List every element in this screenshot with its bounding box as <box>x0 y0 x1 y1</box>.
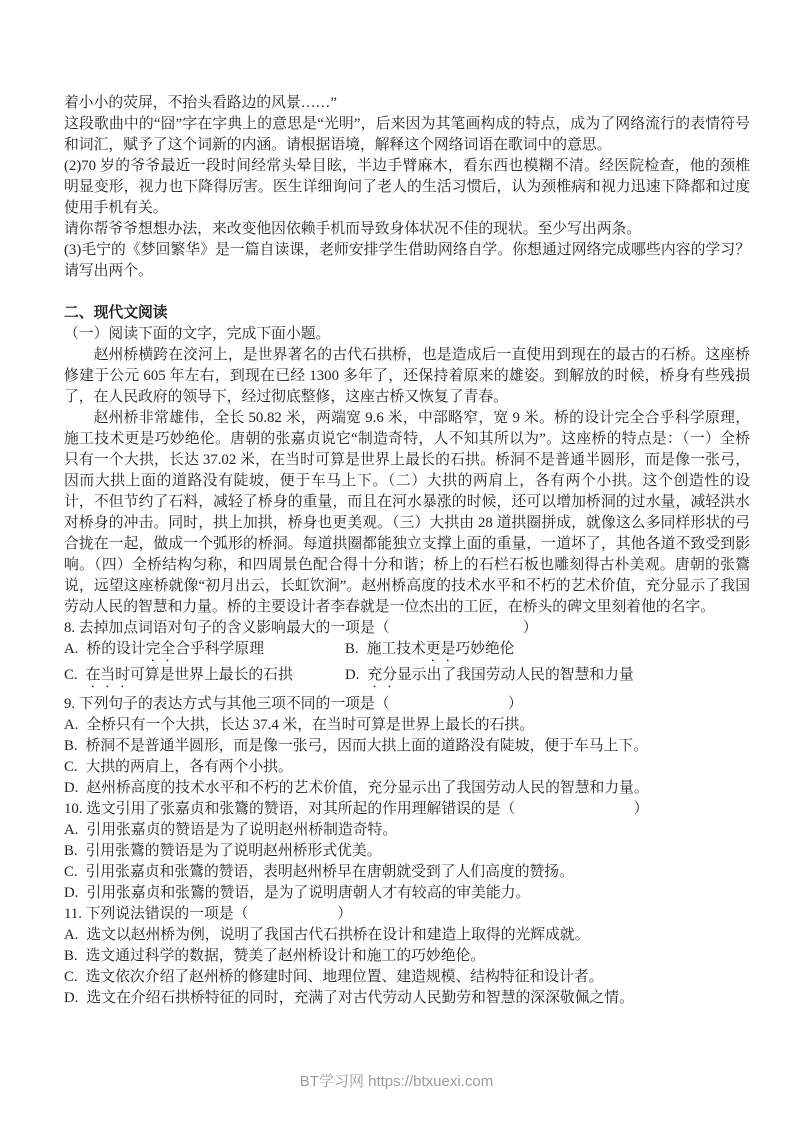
question9-option-d: D.赵州桥高度的技术水平和不朽的艺术价值，充分显示出了我国劳动人民的智慧和力量。 <box>64 778 750 799</box>
lyric-continuation-line: 着小小的荧屏，不抬头看路边的风景……” <box>64 93 750 114</box>
option-label: C. <box>64 969 78 985</box>
option-label: A. <box>64 641 78 657</box>
option-text: 全桥只有一个大拱，长达 37.4 米，在当时可算是世界上最长的石拱。 <box>86 717 534 733</box>
passage-paragraph-1: 赵州桥横跨在洨河上，是世界著名的古代石拱桥，也是造成后一直使用到现在的最古的石桥… <box>64 345 750 408</box>
document-content: 着小小的荧屏，不抬头看路边的风景……” 这段歌曲中的“囧”字在字典上的意思是“光… <box>64 93 750 1009</box>
question8-option-b: B.施工技术更是巧妙绝伦 <box>345 639 750 665</box>
emphasized-word: 完全 <box>146 641 176 657</box>
option-label: D. <box>64 990 78 1006</box>
question8-option-c: C.在当时可算是世界上最长的石拱 <box>64 665 345 691</box>
question10-option-b: B.引用张鷟的赞语是为了说明赵州桥形式优美。 <box>64 841 750 862</box>
question7-part1-text: 这段歌曲中的“囧”字在字典上的意思是“光明”，后来因为其笔画构成的特点，成为了网… <box>64 114 750 156</box>
option-text: 引用张嘉贞和张鷟的赞语，是为了说明唐朝人才有较高的审美能力。 <box>86 885 530 901</box>
passage-paragraph-2: 赵州桥非常雄伟，全长 50.82 米，两端宽 9.6 米，中部略窄，宽 9 米。… <box>64 408 750 618</box>
option-label: C. <box>64 759 78 775</box>
question9-option-c: C.大拱的两肩上，各有两个小拱。 <box>64 757 750 778</box>
option-text: 引用张嘉贞的赞语是为了说明赵州桥制造奇特。 <box>86 822 397 838</box>
question11-option-c: C.选文依次介绍了赵州桥的修建时间、地理位置、建造规模、结构特征和设计者。 <box>64 967 750 988</box>
question10-option-c: C.引用张嘉贞和张鷟的赞语，表明赵州桥早在唐朝就受到了人们高度的赞扬。 <box>64 862 750 883</box>
question10-option-d: D.引用张嘉贞和张鷟的赞语，是为了说明唐朝人才有较高的审美能力。 <box>64 883 750 904</box>
question7-part2-text: (2)70 岁的爷爷最近一段时间经常头晕目眩，半边手臂麻木，看东西也模糊不清。经… <box>64 156 750 219</box>
question11-option-b: B.选文通过科学的数据，赞美了赵州桥设计和施工的巧妙绝伦。 <box>64 946 750 967</box>
question8-stem: 8. 去掉加点词语对句子的含义影响最大的一项是（ ） <box>64 618 750 639</box>
question11-option-d: D.选文在介绍石拱桥特征的同时，充满了对古代劳动人民勤劳和智慧的深深敬佩之情。 <box>64 988 750 1009</box>
option-label: A. <box>64 822 78 838</box>
option-label: C. <box>64 667 78 683</box>
option-text: 显示出了我国劳动人民的智慧和力量 <box>397 667 634 683</box>
option-text: 桥洞不是普通半圆形，而是像一张弓，因而大拱上面的道路没有陡坡，便于车马上下。 <box>86 738 648 754</box>
emphasized-word: 充分 <box>367 667 397 683</box>
document-page: 着小小的荧屏，不抬头看路边的风景……” 这段歌曲中的“囧”字在字典上的意思是“光… <box>0 0 793 1122</box>
option-text: 可算是世界上最长的石拱 <box>130 667 293 683</box>
option-text: 选文通过科学的数据，赞美了赵州桥设计和施工的巧妙绝伦。 <box>86 948 486 964</box>
question9-option-a: A.全桥只有一个大拱，长达 37.4 米，在当时可算是世界上最长的石拱。 <box>64 715 750 736</box>
section-subtitle: （一）阅读下面的文字，完成下面小题。 <box>64 324 750 345</box>
option-text: 赵州桥高度的技术水平和不朽的艺术价值，充分显示出了我国劳动人民的智慧和力量。 <box>86 780 648 796</box>
option-text: 巧妙绝伦 <box>455 641 514 657</box>
spacer <box>64 282 750 303</box>
option-label: B. <box>64 948 78 964</box>
question8-option-a: A.桥的设计完全合乎科学原理 <box>64 639 345 665</box>
option-text: 合乎科学原理 <box>175 641 264 657</box>
option-text: 引用张鷟的赞语是为了说明赵州桥形式优美。 <box>86 843 382 859</box>
section-title: 二、现代文阅读 <box>64 303 750 324</box>
option-text: 选文依次介绍了赵州桥的修建时间、地理位置、建造规模、结构特征和设计者。 <box>86 969 604 985</box>
option-label: D. <box>64 780 78 796</box>
question9-option-b: B.桥洞不是普通半圆形，而是像一张弓，因而大拱上面的道路没有陡坡，便于车马上下。 <box>64 736 750 757</box>
option-label: C. <box>64 864 78 880</box>
question8-options: A.桥的设计完全合乎科学原理 B.施工技术更是巧妙绝伦 C.在当时可算是世界上最… <box>64 639 750 691</box>
question11-stem: 11. 下列说法错误的一项是（ ） <box>64 904 750 925</box>
option-label: A. <box>64 927 78 943</box>
option-label: B. <box>64 738 78 754</box>
emphasized-word: 在当时 <box>86 667 130 683</box>
question10-option-a: A.引用张嘉贞的赞语是为了说明赵州桥制造奇特。 <box>64 820 750 841</box>
question7-part3-text: (3)毛宁的《梦回繁华》是一篇自读课，老师安排学生借助网络自学。你想通过网络完成… <box>64 240 750 282</box>
option-label: B. <box>345 641 359 657</box>
option-label: B. <box>64 843 78 859</box>
option-label: D. <box>64 885 78 901</box>
option-text: 施工技术 <box>367 641 426 657</box>
question9-stem: 9. 下列句子的表达方式与其他三项不同的一项是（ ） <box>64 694 750 715</box>
question10-stem: 10. 选文引用了张嘉贞和张鷟的赞语，对其所起的作用理解错误的是（ ） <box>64 799 750 820</box>
option-text: 大拱的两肩上，各有两个小拱。 <box>86 759 293 775</box>
option-label: D. <box>345 667 359 683</box>
option-text: 引用张嘉贞和张鷟的赞语，表明赵州桥早在唐朝就受到了人们高度的赞扬。 <box>86 864 574 880</box>
footer-watermark: BT学习网 https://btxuexi.com <box>0 1070 793 1091</box>
question11-option-a: A.选文以赵州桥为例，说明了我国古代石拱桥在设计和建造上取得的光辉成就。 <box>64 925 750 946</box>
option-text: 选文在介绍石拱桥特征的同时，充满了对古代劳动人民勤劳和智慧的深深敬佩之情。 <box>86 990 634 1006</box>
emphasized-word: 更是 <box>426 641 456 657</box>
option-text: 选文以赵州桥为例，说明了我国古代石拱桥在设计和建造上取得的光辉成就。 <box>86 927 589 943</box>
option-label: A. <box>64 717 78 733</box>
question8-option-d: D.充分显示出了我国劳动人民的智慧和力量 <box>345 665 750 691</box>
question7-part2-task: 请你帮爷爷想想办法，来改变他因依赖手机而导致身体状况不佳的现状。至少写出两条。 <box>64 219 750 240</box>
option-text: 桥的设计 <box>86 641 145 657</box>
